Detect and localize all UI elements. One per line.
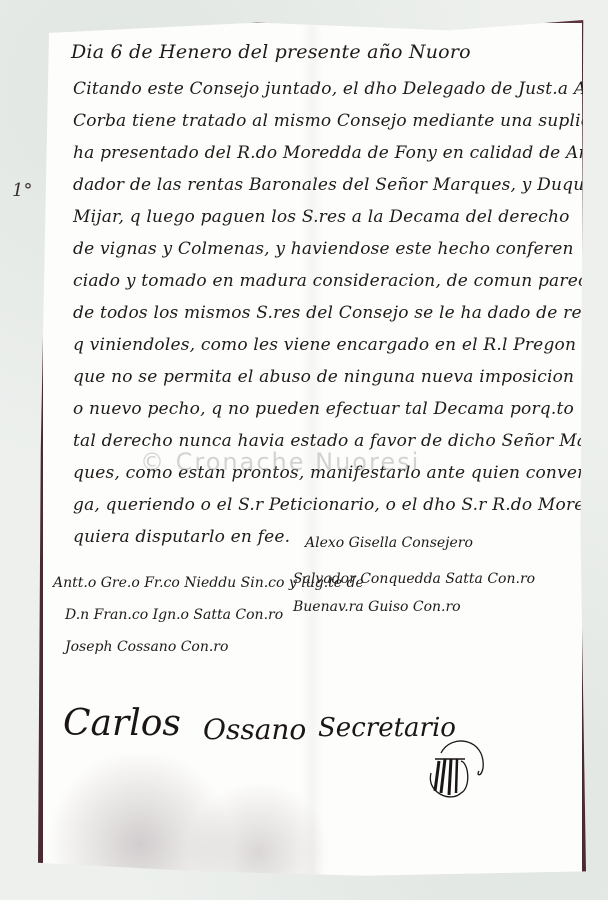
notary-seal-icon [421,733,491,803]
document-heading: Dia 6 de Henero del presente año Nuoro [71,41,471,63]
body-line: Corba tiene tratado al mismo Consejo med… [73,111,608,131]
body-line: que no se permita el abuso de ninguna nu… [73,367,574,387]
margin-note: 1° [12,180,32,201]
body-line: q viniendoles, como les viene encargado … [73,335,576,355]
body-line: ha presentado del R.do Moredda de Fony e… [73,143,608,163]
body-line: Mijar, q luego paguen los S.res a la Dec… [73,207,570,227]
secretary-first-name: Carlos [63,703,181,744]
body-line: ciado y tomado en madura consideracion, … [73,271,606,291]
body-line: dador de las rentas Baronales del Señor … [73,175,608,195]
signature-left: Antt.o Gre.o Fr.co Nieddu Sin.co y lug.t… [53,575,364,591]
secretary-last-name: Ossano [203,713,306,746]
body-line: Citando este Consejo juntado, el dho Del… [73,79,608,99]
body-line: ga, queriendo o el S.r Peticionario, o e… [73,495,608,515]
body-line: o nuevo pecho, q no pueden efectuar tal … [73,399,574,419]
watermark: © Cronache Nuoresi [140,448,420,476]
body-line: quiera disputarlo en fee. [73,527,290,547]
signature-left: Joseph Cossano Con.ro [65,639,228,655]
signature-left: D.n Fran.co Ign.o Satta Con.ro [65,607,283,623]
body-line: de vignas y Colmenas, y haviendose este … [73,239,574,259]
body-line: de todos los mismos S.res del Consejo se… [73,303,608,323]
signature-right: Buenav.ra Guiso Con.ro [293,599,461,615]
signature-right: Alexo Gisella Consejero [305,535,473,551]
